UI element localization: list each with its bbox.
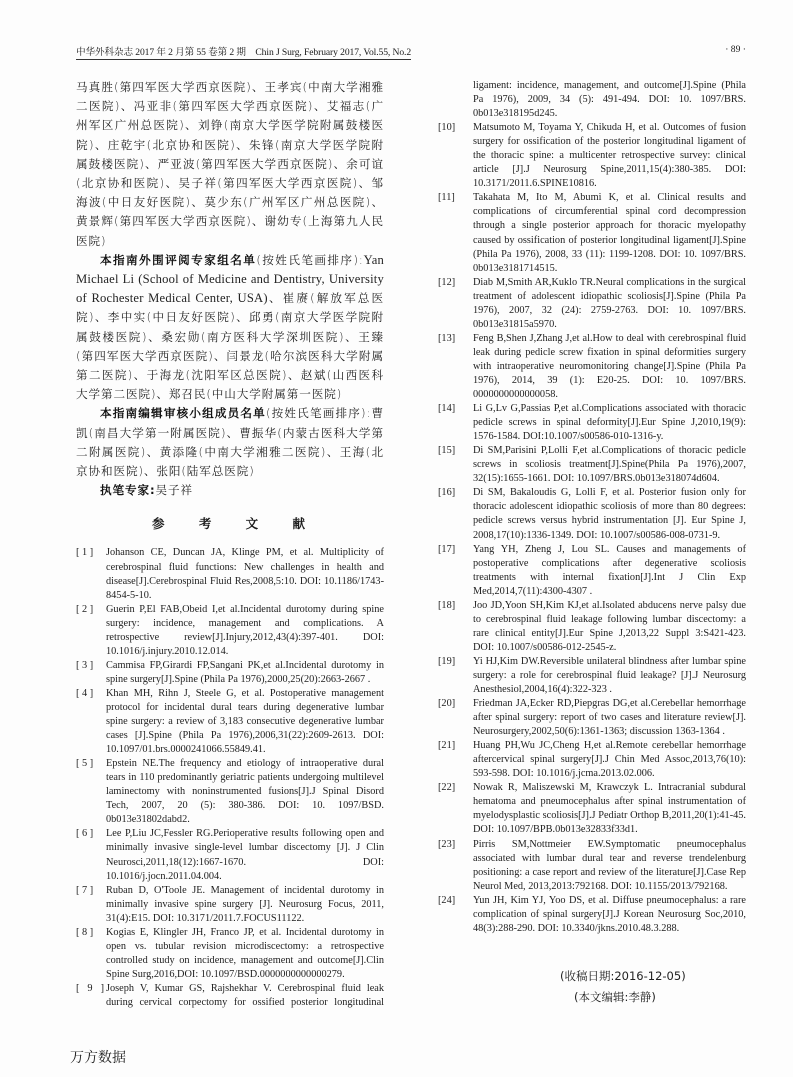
reference-number: [ 8 ] [76,926,104,940]
external-reviewers-list: 、崔赓(解放军总医院)、李中实(中日友好医院)、邱勇(南京大学医学院附属鼓楼医院… [76,291,384,401]
reference-number: [ 4 ] [76,687,104,701]
reference-text: Joseph V, Kumar GS, Rajshekhar V. Cerebr… [106,983,384,1008]
reference-item-continued: ligament: incidence, management, and out… [438,79,746,121]
reference-number: [14] [438,402,471,416]
reference-item: [ 2 ]Guerin P,El FAB,Obeid I,et al.Incid… [76,603,384,659]
reference-number: [12] [438,276,471,290]
reference-text: Epstein NE.The frequency and etiology of… [106,758,384,825]
reference-item: [ 7 ]Ruban D, O'Toole JE. Management of … [76,884,384,926]
reference-number: [13] [438,332,471,346]
reference-text: Johanson CE, Duncan JA, Klinge PM, et al… [106,547,384,600]
reference-text: Di SM,Parisini P,Lolli F,et al.Complicat… [473,445,746,484]
reference-text: Ruban D, O'Toole JE. Management of incid… [106,885,384,924]
reference-item: [ 1 ]Johanson CE, Duncan JA, Klinge PM, … [76,546,384,602]
editorial-group-section: 本指南编辑审核小组成员名单(按姓氏笔画排序):曹凯(南昌大学第一附属医院)、曹振… [76,404,384,481]
reference-text: Khan MH, Rihn J, Steele G, et al. Postop… [106,688,384,755]
reference-number: [22] [438,781,471,795]
writer-section: 执笔专家:吴子祥 [76,481,384,500]
page-number: · 89 · [725,44,746,55]
reference-number: [15] [438,444,471,458]
editor-credit: (本文编辑:李静) [560,987,686,1008]
reference-text: Nowak R, Maliszewski M, Krawczyk L. Intr… [473,782,746,835]
reference-number: [17] [438,543,471,557]
reference-text: Feng B,Shen J,Zhang J,et al.How to deal … [473,333,746,400]
received-date: (收稿日期:2016-12-05) [560,966,686,987]
reference-item: [11]Takahata M, Ito M, Abumi K, et al. C… [438,191,746,275]
reference-item: [ 4 ]Khan MH, Rihn J, Steele G, et al. P… [76,687,384,757]
reference-item: [19]Yi HJ,Kim DW.Reversible unilateral b… [438,655,746,697]
right-column: ligament: incidence, management, and out… [438,79,746,936]
reference-text: Yi HJ,Kim DW.Reversible unilateral blind… [473,656,746,695]
reference-number: [21] [438,739,471,753]
reference-list-left: [ 1 ]Johanson CE, Duncan JA, Klinge PM, … [76,546,384,1010]
reference-item: [23]Pirris SM,Nottmeier EW.Symptomatic p… [438,838,746,894]
reference-number: [ 7 ] [76,884,104,898]
reference-number: [23] [438,838,471,852]
reference-item: [10]Matsumoto M, Toyama Y, Chikuda H, et… [438,121,746,191]
reference-number: [16] [438,486,471,500]
reference-item: [17]Yang YH, Zheng J, Lou SL. Causes and… [438,543,746,599]
reference-number: [ 6 ] [76,827,104,841]
reference-number: [ 9 ] [76,982,104,996]
reference-text: Diab M,Smith AR,Kuklo TR.Neural complica… [473,277,746,330]
reference-text: Yun JH, Kim YJ, Yoo DS, et al. Diffuse p… [473,895,746,934]
running-header: 中华外科杂志 2017 年 2 月第 55 卷第 2 期 Chin J Surg… [76,44,746,62]
reference-item: [24]Yun JH, Kim YJ, Yoo DS, et al. Diffu… [438,894,746,936]
reference-number: [18] [438,599,471,613]
reference-item: [22]Nowak R, Maliszewski M, Krawczyk L. … [438,781,746,837]
reference-number: [10] [438,121,471,135]
writer-name: 吴子祥 [156,483,193,497]
writer-heading: 执笔专家: [100,483,156,497]
reference-text: Yang YH, Zheng J, Lou SL. Causes and man… [473,544,746,597]
external-review-sort-note: (按姓氏笔画排序): [256,253,363,267]
reference-item: [ 9 ]Joseph V, Kumar GS, Rajshekhar V. C… [76,982,384,1010]
reference-number: [ 1 ] [76,546,104,560]
left-column: 马真胜(第四军医大学西京医院)、王孝宾(中南大学湘雅二医院)、冯亚非(第四军医大… [76,78,384,1010]
reference-text: Friedman JA,Ecker RD,Piepgras DG,et al.C… [473,698,746,737]
reference-text: Lee P,Liu JC,Fessler RG.Perioperative re… [106,828,384,881]
reference-text: Joo JD,Yoon SH,Kim KJ,et al.Isolated abd… [473,600,746,653]
reference-text: Matsumoto M, Toyama Y, Chikuda H, et al.… [473,122,746,189]
reference-item: [ 8 ]Kogias E, Klingler JH, Franco JP, e… [76,926,384,982]
reference-number: [11] [438,191,471,205]
reference-item: [16]Di SM, Bakaloudis G, Lolli F, et al.… [438,486,746,542]
reference-number: [ 3 ] [76,659,104,673]
article-footer: (收稿日期:2016-12-05) (本文编辑:李静) [560,966,686,1008]
reference-item: [14]Li G,Lv G,Passias P,et al.Complicati… [438,402,746,444]
reference-number: [19] [438,655,471,669]
editorial-group-sort-note: (按姓氏笔画排序): [266,406,371,420]
external-review-section: 本指南外围评阅专家组名单(按姓氏笔画排序):Yan Michael Li (Sc… [76,251,384,405]
reference-text: Di SM, Bakaloudis G, Lolli F, et al. Pos… [473,487,746,540]
reference-text: Kogias E, Klingler JH, Franco JP, et al.… [106,927,384,980]
reference-item: [15]Di SM,Parisini P,Lolli F,et al.Compl… [438,444,746,486]
reference-number: [24] [438,894,471,908]
reference-item: [12]Diab M,Smith AR,Kuklo TR.Neural comp… [438,276,746,332]
external-review-heading: 本指南外围评阅专家组名单 [100,253,256,267]
reference-text: Huang PH,Wu JC,Cheng H,et al.Remote cere… [473,740,746,779]
reference-item: [21]Huang PH,Wu JC,Cheng H,et al.Remote … [438,739,746,781]
reference-item: [18]Joo JD,Yoon SH,Kim KJ,et al.Isolated… [438,599,746,655]
reference-item: [ 5 ]Epstein NE.The frequency and etiolo… [76,757,384,827]
editorial-group-heading: 本指南编辑审核小组成员名单 [100,406,266,420]
reference-item: [ 3 ]Cammisa FP,Girardi FP,Sangani PK,et… [76,659,384,687]
reference-text: Takahata M, Ito M, Abumi K, et al. Clini… [473,192,746,273]
watermark-logo: 万方数据 [70,1047,126,1067]
reference-item: [13]Feng B,Shen J,Zhang J,et al.How to d… [438,332,746,402]
reference-text: Pirris SM,Nottmeier EW.Symptomatic pneum… [473,839,746,892]
reference-item: [20]Friedman JA,Ecker RD,Piepgras DG,et … [438,697,746,739]
reference-text: Li G,Lv G,Passias P,et al.Complications … [473,403,746,442]
journal-citation: 中华外科杂志 2017 年 2 月第 55 卷第 2 期 Chin J Surg… [76,44,411,60]
reference-item: [ 6 ]Lee P,Liu JC,Fessler RG.Perioperati… [76,827,384,883]
reference-number: [ 2 ] [76,603,104,617]
references-title: 参 考 文 献 [76,514,384,532]
reference-text: ligament: incidence, management, and out… [473,80,746,119]
reference-number: [20] [438,697,471,711]
reference-text: Cammisa FP,Girardi FP,Sangani PK,et al.I… [106,660,384,685]
authors-continued: 马真胜(第四军医大学西京医院)、王孝宾(中南大学湘雅二医院)、冯亚非(第四军医大… [76,78,384,251]
reference-number: [ 5 ] [76,757,104,771]
reference-text: Guerin P,El FAB,Obeid I,et al.Incidental… [106,604,384,657]
